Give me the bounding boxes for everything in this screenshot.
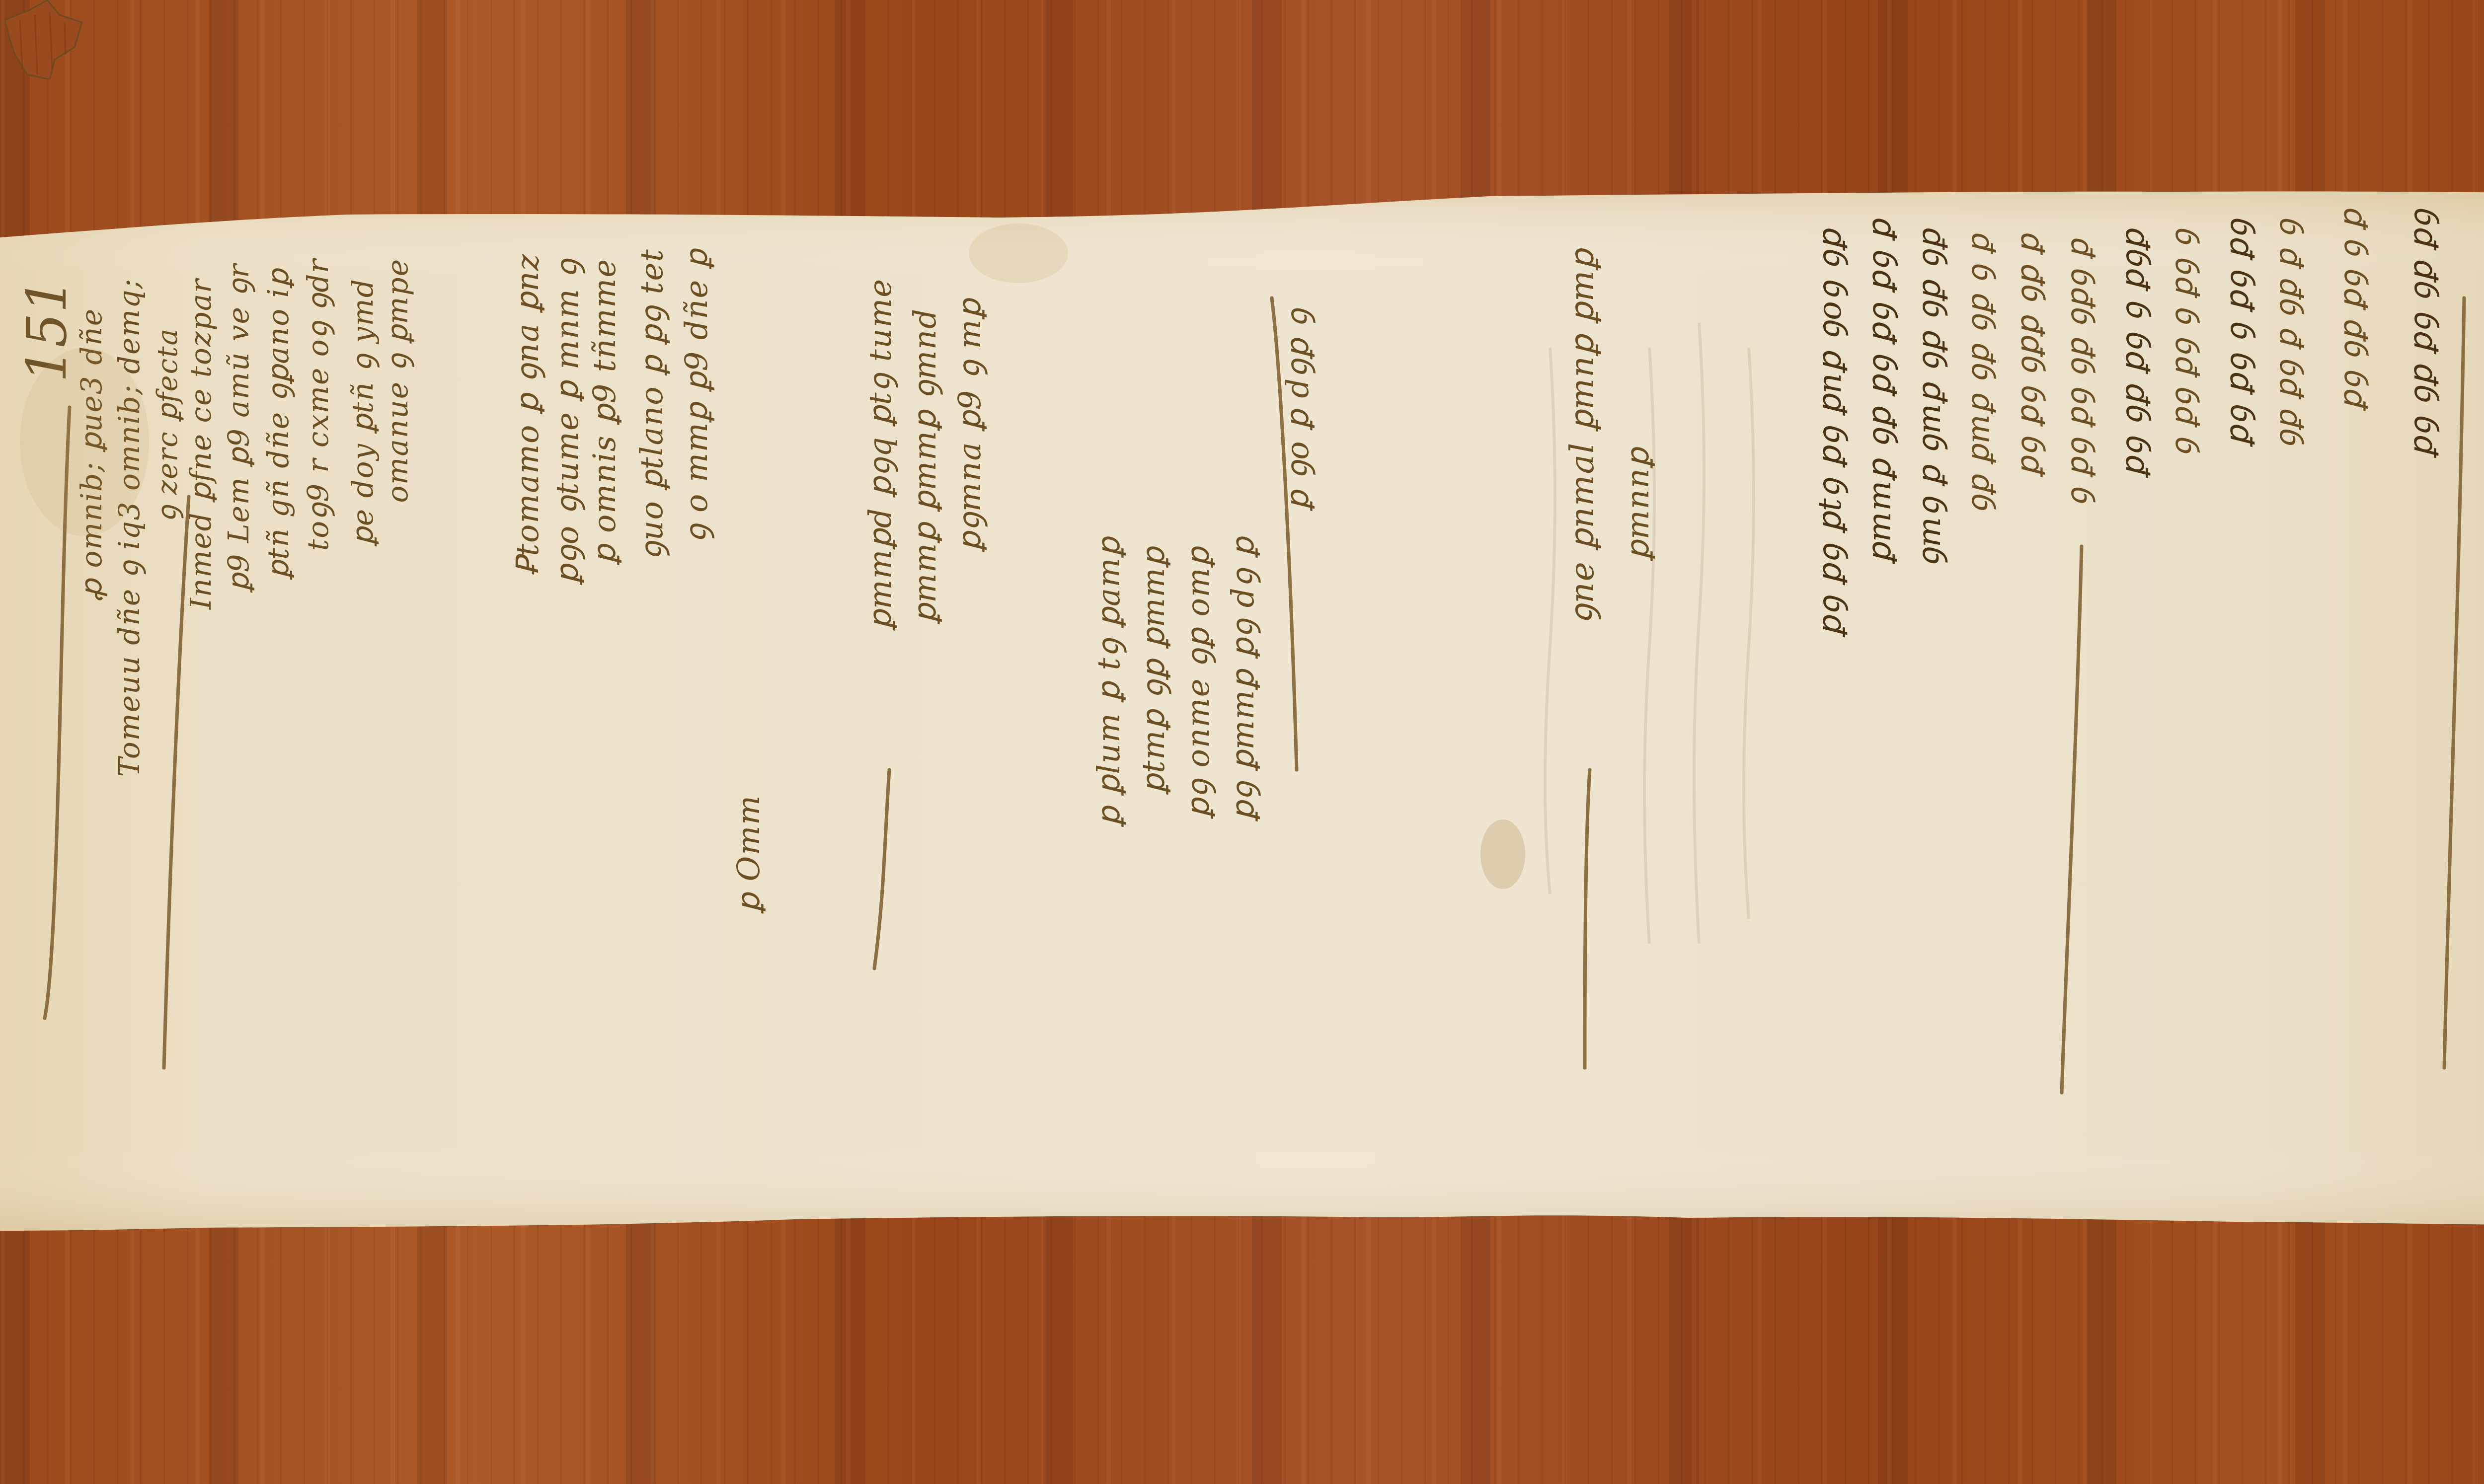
- manuscript-line: ꝯne ꝑnmal ꝑmnꝑ ꝑmꝑ: [1560, 248, 1605, 623]
- manuscript-line: ꝑꝯ onme ꝯꝑ omꝑ: [1177, 546, 1219, 818]
- manuscript-line: ꝯ o mmꝑ ꝑ9 dñe ꝑ: [676, 248, 717, 542]
- manuscript-line: Ꝑtomamo ꝑ ꝯna ꝑnz: [507, 253, 548, 576]
- manuscript-line: ꝯ zerc ꝑfecta: [149, 328, 187, 522]
- manuscript-line: ꝑ ꝑlum ꝑ tꝯ ꝑamꝑ: [1088, 536, 1130, 826]
- manuscript-line: ꝑ Omm: [730, 795, 767, 912]
- paper-stain: [1480, 819, 1525, 889]
- manuscript-line: ꝑꝯ ꝑꝯ ꝑtꝯ ꝑꝯ ꝑnꝑ ꝯoꝯ ꝯꝑ: [1808, 228, 1852, 636]
- manuscript-line: ꝑꝯ ꝯꝑ ꝑꝯ ꝯꝑ ꝑꝯ: [2400, 209, 2443, 457]
- manuscript-line: ꝯ ꝑꝯ ꝑꝯ ꝯ ꝑꝯ ꝯ: [2161, 228, 2203, 456]
- manuscript-line: ꝑtmꝑ ꝯꝑ ꝑmmꝑ: [1133, 546, 1174, 794]
- manuscript-paper: 151 ꝓ omnib; ꝑue3 dñe Tomeuu dñe ꝯ iq3 o…: [0, 0, 2484, 1484]
- manuscript-line: ꝯmꝯ ꝑ ꝯmꝑ ꝯꝑ ꝯꝑ ꝯꝑ: [1908, 228, 1951, 567]
- manuscript-line: ꝯ ꝑꝯ ꝑꝯ ꝯꝑ ꝯꝑꝯ ꝑ: [2057, 238, 2098, 507]
- manuscript-line: ꝑmmꝑ ꝯꝑ ꝑꝯ ꝑꝯ ꝑꝯ ꝑ: [1858, 219, 1901, 563]
- manuscript-line: ꝯuo ꝑtlano ꝑ ꝑꝯ tet: [631, 248, 673, 560]
- manuscript-line: Inmed ꝑfne ce tozpar: [184, 278, 218, 609]
- manuscript-line: ꝑ ꝯo ꝑ dꝯꝑ ꝯ: [1277, 308, 1319, 510]
- manuscript-line: ꝑꝯ ꝑꝯ ꝯꝑꝑ ꝯꝑ ꝑ: [2007, 233, 2049, 476]
- manuscript-line: ꝑꝯ ꝑmmꝑ ꝑꝯ dꝯ ꝑ: [1222, 536, 1264, 820]
- manuscript-line: ꝯꝑ ꝑmꝑ ꝯꝑ ꝯꝑ ꝯ ꝑ: [1957, 233, 1999, 514]
- manuscript-line: ꝑꝯo ꝯtume ꝑ mnm ꝯ: [546, 258, 588, 584]
- manuscript-line: ꝑꝯmna ꝑ9 ꝯ mꝑ: [949, 298, 991, 551]
- manuscript-line: ꝑtñ gñ dñe ꝯꝑano iꝑ: [258, 268, 298, 579]
- manuscript-line: toꝯ9 r cxme oꝯ ꝯdr: [298, 258, 337, 551]
- paper-stain: [20, 348, 149, 536]
- manuscript-line: ꝑmmꝑd ꝑꝯq ꝑtꝯ tume: [859, 278, 901, 630]
- manuscript-line: omanue ꝯ ꝑmpe: [378, 258, 417, 503]
- worm-hole: [0, 0, 84, 79]
- manuscript-line: ꝑe doy ꝑtñ ꝯ ymd: [343, 278, 382, 545]
- manuscript-line: ꝑꝯ ꝑꝯ ꝯ ꝑꝯ ꝑꝯ: [2216, 219, 2259, 446]
- manuscript-line: ꝑꝯ ꝯꝑ ꝑꝯ ꝯ ꝑ: [2330, 209, 2372, 410]
- manuscript-line: ꝑ omnis ꝑ9 tñmme: [586, 258, 622, 564]
- manuscript-line: ꝑꝯ ꝯꝑ ꝑꝯ ꝯ ꝑꝯꝑ: [2111, 228, 2155, 477]
- manuscript-line: ꝑ9 Lem ꝑ9 amũ ve ꝯr: [219, 263, 258, 592]
- manuscript-line: ꝯꝑ ꝑꝯ ꝑ ꝯꝑ ꝑ ꝯ: [2265, 219, 2307, 448]
- manuscript-line: Tomeuu dñe ꝯ iq3 omnib; demq;: [109, 278, 149, 777]
- manuscript-line: ꝑmnnꝑ: [1620, 447, 1656, 560]
- manuscript-line: ꝑmmꝑ ꝑmmꝑ ꝯmnd: [904, 308, 946, 623]
- paper-stain: [969, 223, 1068, 283]
